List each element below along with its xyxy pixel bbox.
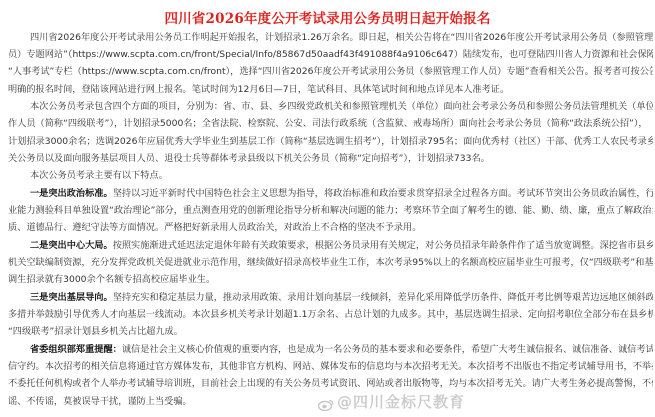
paragraph-line: 员）专题网站”（https://www.scpta.com.cn/front/S…	[8, 49, 653, 61]
paragraph-line: 一是突出政治标准。坚持以习近平新时代中国特色社会主义思想为指导，将政治标准和政治…	[30, 188, 653, 200]
watermark-text: @四川金标尺教育	[337, 393, 465, 411]
paragraph-line: 二是突出中心大局。按照实施渐进式延迟法定退休年龄有关政策要求，根据公务员录用有关…	[30, 240, 653, 252]
paragraph-line: 关公务员以及面向服务基层项目人员、退役士兵等群体考录县级以下机关公务员（简称“定…	[8, 153, 653, 165]
paragraph-line: 本次公务员考录包含四个方面的项目，分别为：省、市、县、乡四级党政机关和参照管理机…	[30, 101, 653, 113]
watermark: @四川金标尺教育	[318, 391, 465, 412]
weibo-icon	[318, 397, 334, 409]
paragraph-line: 机关空缺编制资源，充分发挥党政机关促进就业示范作用，继续做好招录高校毕业生工作，…	[8, 257, 653, 269]
section-heading: 一是突出政治标准。	[30, 188, 113, 199]
article-title: 四川省2026年度公开考试录用公务员明日起开始报名	[0, 7, 655, 27]
paragraph-line: 质、道德品行、遵纪守法等方面情况。严格把好新录用人员政治关，对政治上不合格的坚决…	[8, 222, 653, 234]
paragraph-line: 三是突出基层导向。坚持充实和稳定基层力量，推动录用政策、录用计划向基层一线倾斜，…	[30, 292, 653, 304]
paragraph-line: 作人员（简称“四级联考”），计划招录5000名；全省法院、检察院、公安、司法行政…	[8, 118, 653, 130]
paragraph-line: 不委托任何机构或者个人举办考试辅导培训班，目前社会上出现的有关公务员考试资讯、网…	[8, 378, 653, 390]
paragraph-line: 本次公务员考录主要有以下特点。	[30, 170, 653, 182]
section-text: 诚信是社会主义核心价值观的重要内容，也是成为一名公务员的基本要求和必要条件，希望…	[122, 344, 653, 355]
paragraph-line: 信守约。本次招考的相关信息将通过官方媒体发布，其他非官方机构、网站、媒体发布的信…	[8, 361, 653, 373]
paragraph-line: 多措并举鼓励引导优秀人才向基层一线流动。本次县乡机关考录计划超1.1万余名、占总…	[8, 309, 653, 321]
section-text: 按照实施渐进式延迟法定退休年龄有关政策要求，根据公务员录用有关规定，对公务员招录…	[113, 240, 653, 251]
section-heading: 三是突出基层导向。	[30, 292, 113, 303]
paragraph-line: “人事考试”专栏（https://www.scpta.com.cn/front）…	[8, 66, 653, 78]
paragraph-line: 计划招录3000余名；选调2026年应届优秀大学毕业生到基层工作（简称“基层选调…	[8, 136, 653, 148]
section-text: 坚持以习近平新时代中国特色社会主义思想为指导，将政治标准和政治要求贯穿招录全过程…	[113, 188, 653, 199]
section-heading: 省委组织部郑重提醒：	[30, 344, 122, 355]
paragraph-line: 四川省2026年度公开考试录用公务员工作明起开始报名，计划招录1.26万余名。即…	[30, 32, 653, 44]
paragraph-line: 业能力测验科目单独设置“政治理论”部分，重点测查用党的创新理论指导分析和解决问题…	[8, 205, 653, 217]
section-heading: 二是突出中心大局。	[30, 240, 113, 251]
paragraph-line: 明确的报名时间，登陆该网站进行网上报名。笔试时间为12月6日—7日，笔试科目、具…	[8, 84, 653, 96]
paragraph-line: “四级联考”招录计划县乡机关占比超九成。	[8, 326, 653, 338]
section-text: 坚持充实和稳定基层力量，推动录用政策、录用计划向基层一线倾斜，差异化采用降低学历…	[113, 292, 653, 303]
paragraph-line: 调生招录就有3000余个名额专招高校应届毕业生。	[8, 274, 653, 286]
paragraph-line: 省委组织部郑重提醒：诚信是社会主义核心价值观的重要内容，也是成为一名公务员的基本…	[30, 344, 653, 356]
